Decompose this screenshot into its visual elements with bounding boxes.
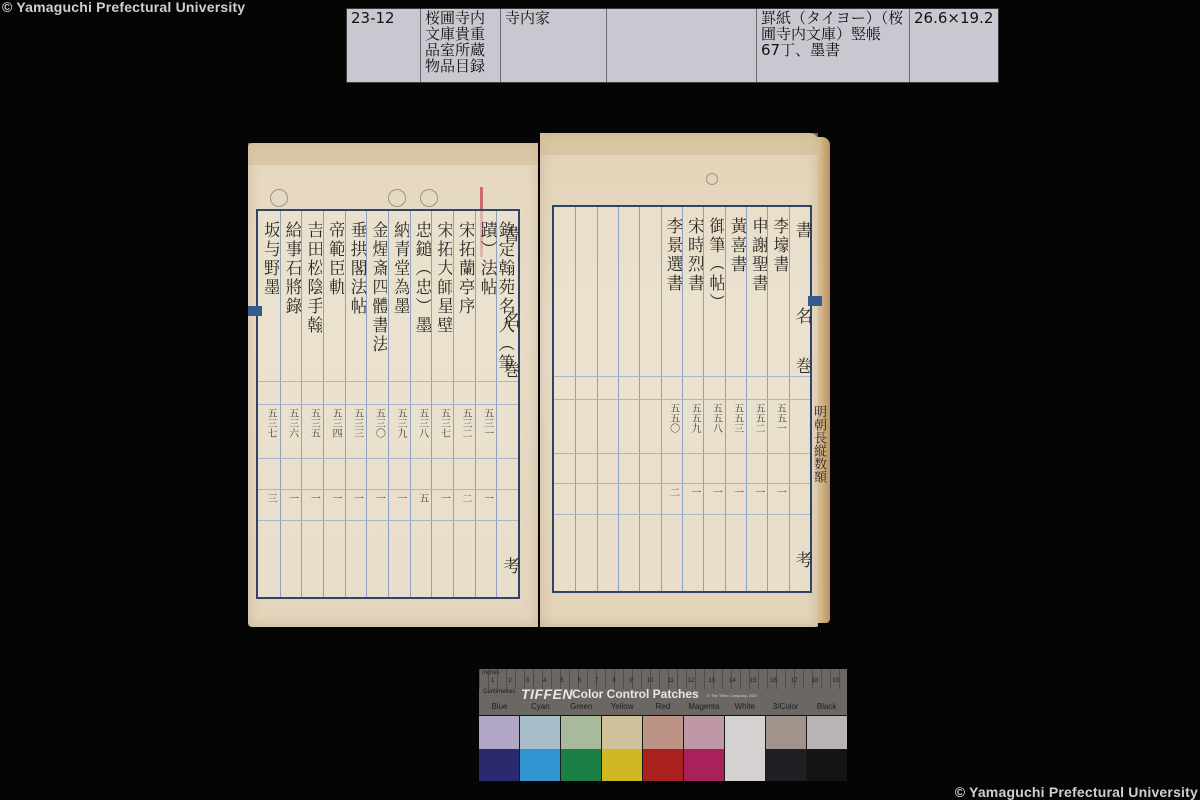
entry-count: 一 [774,487,785,497]
tiffen-logo: TIFFEN [521,686,573,702]
label-cell-title: 桜圃寺内 文庫貴重 品室所蔵 物品目録 [421,9,501,82]
page-top-band [248,143,538,165]
copyright-bottom-right: © Yamaguchi Prefectural University [955,784,1198,800]
entry-count: 一 [689,487,700,497]
color-control-patches: Inches 12345678910111213141516171819 Cen… [479,669,847,781]
cm-tick: 6 [578,678,581,684]
cm-tick: 19 [832,678,839,684]
entry-title: 李景選書 [664,217,682,293]
cm-tick: 10 [647,678,654,684]
ruler: Inches 12345678910111213141516171819 Cen… [479,669,847,715]
entry-count: 一 [308,493,319,503]
entry-count: 一 [352,493,363,503]
cm-tick: 2 [508,678,511,684]
grid-row-rule [554,514,810,515]
grid-row-rule [554,376,810,377]
page-circle-mark [420,189,438,207]
cm-tick: 4 [543,678,546,684]
entry-number: 五五〇 [668,403,679,433]
entry-count: 二 [668,487,679,497]
patch-column-blue [479,716,520,781]
entry-number: 五五九 [689,403,700,433]
cm-tick: 9 [630,678,633,684]
patch-label-yellow: Yellow [602,702,643,715]
cm-tick: 13 [708,678,715,684]
grid-row-rule [554,399,810,400]
header-volume-char: 巻 [793,357,811,376]
patch-column-green [561,716,602,781]
grid-row-rule [554,483,810,484]
entry-title: 垂拱閣法帖 [348,221,366,316]
entry-number: 五三〇 [373,408,384,438]
patch-dark [602,749,642,782]
entry-title: 宋拓大師星壁 [434,221,452,335]
patch-light [561,716,601,749]
entry-number: 五三四 [330,408,341,438]
patch-column-magenta [684,716,725,781]
fore-edge-tags: 明朝長縦数額 [811,405,825,483]
inches-label: Inches [482,670,500,676]
page-circle-mark [270,189,288,207]
cm-tick: 3 [526,678,529,684]
patch-light [684,716,724,749]
header-title-char: 書 [793,221,811,240]
fore-edge-tag: 長 [811,431,826,444]
entry-title: 宋拓蘭亭序 [456,221,474,316]
catalog-label-table: 23-12桜圃寺内 文庫貴重 品室所蔵 物品目録寺内家罫紙（タイヨー）（桜 圃寺… [346,8,999,83]
centimetres-label: Centimetres [483,689,515,695]
header-remarks-char: 考 [793,551,811,570]
grid-row-rule [258,520,518,521]
entry-count: 一 [482,493,493,503]
blue-tab-marker [808,296,822,306]
page-circle-mark [706,173,718,185]
patch-dark [725,749,765,782]
fore-edge-tag: 朝 [811,418,826,431]
entry-title: 欽定翰苑名人（筆蹟）法帖 [478,221,514,387]
entry-number: 五三三 [352,408,363,438]
patch-light [807,716,847,749]
grid-row-rule [258,458,518,459]
patch-label-green: Green [561,702,602,715]
chart-title: Color Control Patches [572,687,699,701]
patch-column-yellow [602,716,643,781]
patch-light [643,716,683,749]
patch-dark [479,749,519,782]
header-remarks-char: 考 [500,557,518,576]
right-page: 書名巻考李壕書五五一一申謝聖書五五二一黃喜書五五三一御筆（帖）五五八一宋時烈書五… [540,133,818,627]
patch-dark [766,749,806,782]
patch-label-white: White [724,702,765,715]
cm-tick: 12 [688,678,695,684]
fore-edge-tag: 縦 [811,444,826,457]
entry-number: 五五二 [753,403,764,433]
fore-edge-tag: 明 [811,405,826,418]
patch-light [520,716,560,749]
patch-label-black: Black [806,702,847,715]
cm-tick: 11 [667,678,673,684]
entry-title: 忠鎚（忠）墨 [413,221,431,335]
patch-grid [479,716,847,781]
page-circle-mark [388,189,406,207]
entry-number: 五三八 [417,408,428,438]
patch-labels: BlueCyanGreenYellowRedMagentaWhite3/Colo… [479,702,847,715]
cm-tick: 15 [750,678,757,684]
entry-number: 五三七 [265,408,276,438]
patch-light [602,716,642,749]
grid-row-rule [554,453,810,454]
entry-count: 一 [287,493,298,503]
patch-dark [807,749,847,782]
entry-number: 五五三 [732,403,743,433]
entry-title: 宋時烈書 [685,217,703,293]
entry-number: 五三一 [482,408,493,438]
patch-label-magenta: Magenta [683,702,724,715]
header-name-char: 名 [793,307,811,326]
patch-dark [684,749,724,782]
patch-label-blue: Blue [479,702,520,715]
page-top-band [540,133,818,155]
label-cell-description: 罫紙（タイヨー）（桜 圃寺内文庫）竪帳 67丁、墨書 [757,9,910,82]
cm-tick: 1 [491,678,494,684]
entry-number: 五五八 [710,403,721,433]
patch-dark [520,749,560,782]
entry-title: 李壕書 [770,217,788,274]
patch-dark [643,749,683,782]
entry-number: 五五一 [774,403,785,433]
entry-title: 御筆（帖） [706,217,724,312]
patch-column-red [643,716,684,781]
patch-column-3-color [766,716,807,781]
label-cell-dimensions: 26.6×19.2 [910,9,998,82]
entry-title: 給事石將錄 [283,221,301,316]
right-ledger-grid: 書名巻考李壕書五五一一申謝聖書五五二一黃喜書五五三一御筆（帖）五五八一宋時烈書五… [552,205,812,593]
grid-row-rule [258,489,518,490]
patch-light [479,716,519,749]
left-page: 書名巻考欽定翰苑名人（筆蹟）法帖五三一一宋拓蘭亭序五三二二宋拓大師星壁五三七一忠… [248,143,538,627]
entry-number: 五三九 [395,408,406,438]
patch-dark [561,749,601,782]
cm-tick-labels: 12345678910111213141516171819 [491,678,839,684]
left-ledger-grid: 書名巻考欽定翰苑名人（筆蹟）法帖五三一一宋拓蘭亭序五三二二宋拓大師星壁五三七一忠… [256,209,520,599]
patch-column-white [725,716,766,781]
entry-count: 一 [732,487,743,497]
label-cell-owner: 寺内家 [501,9,607,82]
fore-edge-tag: 額 [811,470,826,483]
copyright-top-left: © Yamaguchi Prefectural University [2,0,245,15]
chart-copyright: © The Tiffen Company, 2007 [707,693,758,698]
entry-count: 三 [265,493,276,503]
label-cell-blank [607,9,757,82]
open-book: 書名巻考欽定翰苑名人（筆蹟）法帖五三一一宋拓蘭亭序五三二二宋拓大師星壁五三七一忠… [248,133,830,627]
patch-light [725,716,765,749]
patch-label-3-color: 3/Color [765,702,806,715]
patch-label-cyan: Cyan [520,702,561,715]
entry-title: 黃喜書 [728,217,746,274]
entry-count: 一 [753,487,764,497]
cm-tick: 14 [729,678,736,684]
blue-tab-marker [248,306,262,316]
entry-title: 金煋斎四體書法 [369,221,387,354]
patch-column-cyan [520,716,561,781]
grid-row-rule [258,404,518,405]
patch-light [766,716,806,749]
entry-count: 一 [373,493,384,503]
patch-column-black [807,716,847,781]
label-cell-id: 23-12 [347,9,421,82]
patch-label-red: Red [643,702,684,715]
entry-title: 納青堂為墨 [391,221,409,316]
entry-number: 五三二 [460,408,471,438]
entry-title: 帝範臣軌 [326,221,344,297]
cm-tick: 18 [812,678,819,684]
fore-edge-tag: 数 [811,457,826,470]
cm-tick: 5 [560,678,563,684]
entry-title: 吉田松陰手翰 [304,221,322,335]
entry-number: 五三五 [308,408,319,438]
cm-tick: 7 [595,678,598,684]
entry-count: 五 [417,493,428,503]
cm-tick: 8 [612,678,615,684]
entry-number: 五三六 [287,408,298,438]
entry-title: 坂与野墨 [261,221,279,297]
entry-count: 一 [710,487,721,497]
entry-count: 一 [395,493,406,503]
entry-count: 一 [330,493,341,503]
entry-title: 申謝聖書 [749,217,767,293]
entry-number: 五三七 [438,408,449,438]
cm-tick: 16 [770,678,777,684]
cm-tick: 17 [791,678,798,684]
entry-count: 二 [460,493,471,503]
entry-count: 一 [438,493,449,503]
